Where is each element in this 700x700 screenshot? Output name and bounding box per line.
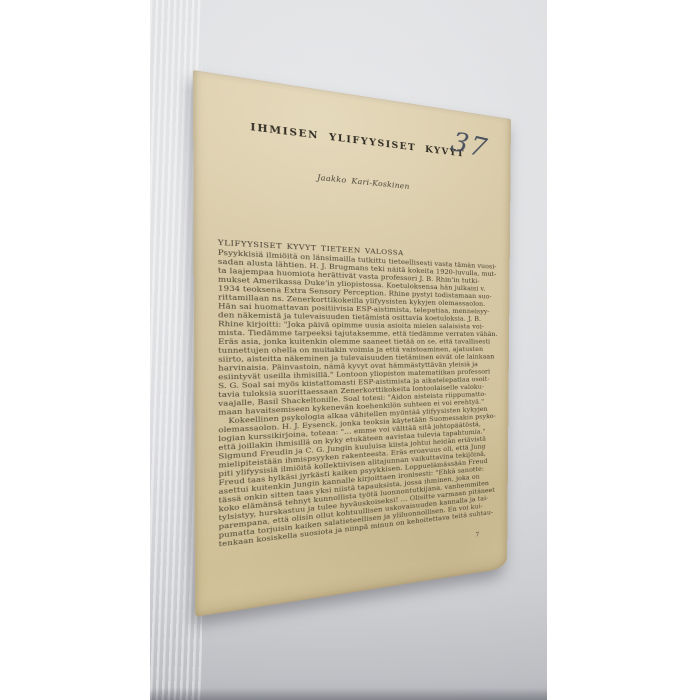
paper-shadow: IHMISEN YLIFYYSISET KYVYT 37 Jaakko Kari… <box>0 0 700 700</box>
author-name: Jaakko Kari-Koskinen <box>193 160 505 201</box>
product-photo-canvas: IHMISEN YLIFYYSISET KYVYT 37 Jaakko Kari… <box>0 0 700 700</box>
handwritten-number: 37 <box>448 126 491 164</box>
page-number: 7 <box>475 531 479 538</box>
body-paragraph-1: Psyykkisiä ilmiöitä on länsimailla tutki… <box>218 248 495 417</box>
booklet-page: IHMISEN YLIFYYSISET KYVYT 37 Jaakko Kari… <box>193 70 511 617</box>
body-paragraph-2: Kokeellinen psykologia alkaa vähitellen … <box>218 405 493 549</box>
